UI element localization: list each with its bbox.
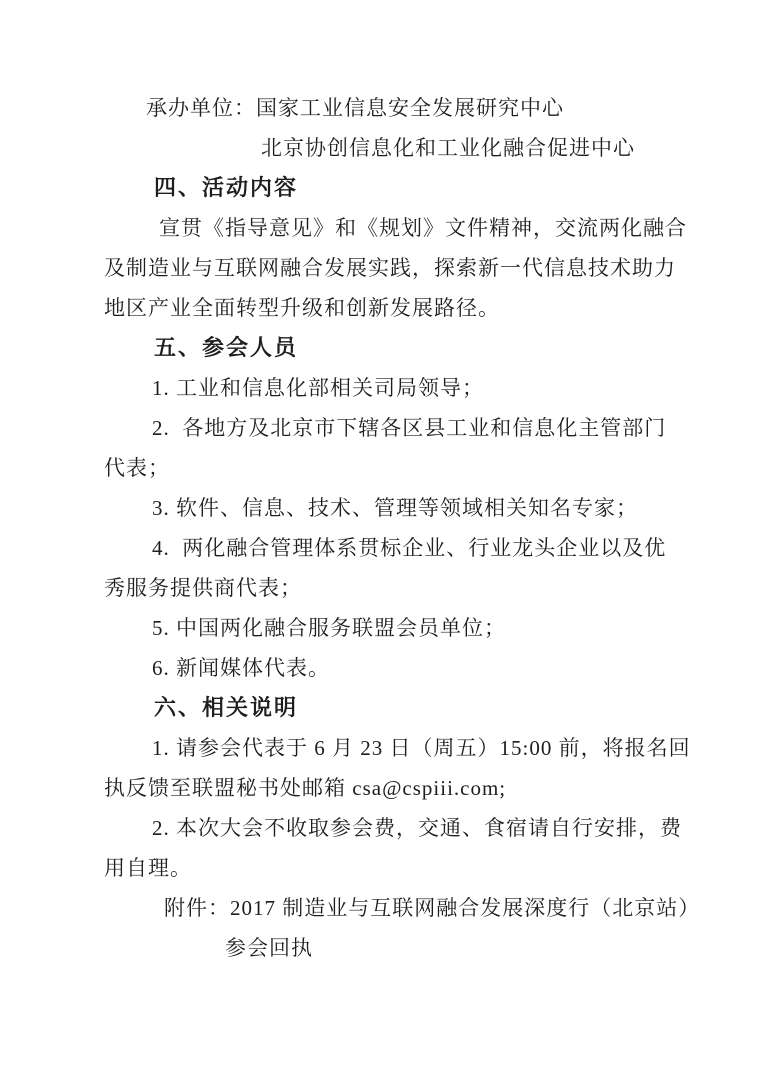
document-body: 承办单位：国家工业信息安全发展研究中心 北京协创信息化和工业化融合促进中心 四、… bbox=[104, 88, 660, 968]
document-page: 承办单位：国家工业信息安全发展研究中心 北京协创信息化和工业化融合促进中心 四、… bbox=[0, 0, 757, 1073]
section-4-paragraph-line-3: 地区产业全面转型升级和创新发展路径。 bbox=[104, 288, 660, 328]
section-4-paragraph-line-1: 宣贯《指导意见》和《规划》文件精神，交流两化融合 bbox=[104, 208, 660, 248]
note-item-2-line-1: 2. 本次大会不收取参会费，交通、食宿请自行安排，费 bbox=[104, 808, 660, 848]
attendee-item-2-line-2: 代表； bbox=[104, 448, 660, 488]
organizer-line-2: 北京协创信息化和工业化融合促进中心 bbox=[104, 128, 660, 168]
section-6-heading: 六、相关说明 bbox=[104, 688, 660, 728]
attendee-item-2-line-1: 2. 各地方及北京市下辖各区县工业和信息化主管部门 bbox=[104, 408, 660, 448]
section-5-heading: 五、参会人员 bbox=[104, 328, 660, 368]
attachment-line-1: 附件：2017 制造业与互联网融合发展深度行（北京站） bbox=[104, 888, 660, 928]
attachment-line-2: 参会回执 bbox=[104, 928, 660, 968]
section-4-heading: 四、活动内容 bbox=[104, 168, 660, 208]
organizer-line-1: 承办单位：国家工业信息安全发展研究中心 bbox=[104, 88, 660, 128]
note-item-1-line-2: 执反馈至联盟秘书处邮箱 csa@cspiii.com; bbox=[104, 768, 660, 808]
attendee-item-4-line-1: 4. 两化融合管理体系贯标企业、行业龙头企业以及优 bbox=[104, 528, 660, 568]
note-item-1-line-1: 1. 请参会代表于 6 月 23 日（周五）15:00 前，将报名回 bbox=[104, 728, 660, 768]
note-item-2-line-2: 用自理。 bbox=[104, 848, 660, 888]
attendee-item-5: 5. 中国两化融合服务联盟会员单位； bbox=[104, 608, 660, 648]
attendee-item-6: 6. 新闻媒体代表。 bbox=[104, 648, 660, 688]
attendee-item-4-line-2: 秀服务提供商代表； bbox=[104, 568, 660, 608]
attendee-item-1: 1. 工业和信息化部相关司局领导； bbox=[104, 368, 660, 408]
section-4-paragraph-line-2: 及制造业与互联网融合发展实践，探索新一代信息技术助力 bbox=[104, 248, 660, 288]
attendee-item-3: 3. 软件、信息、技术、管理等领域相关知名专家； bbox=[104, 488, 660, 528]
